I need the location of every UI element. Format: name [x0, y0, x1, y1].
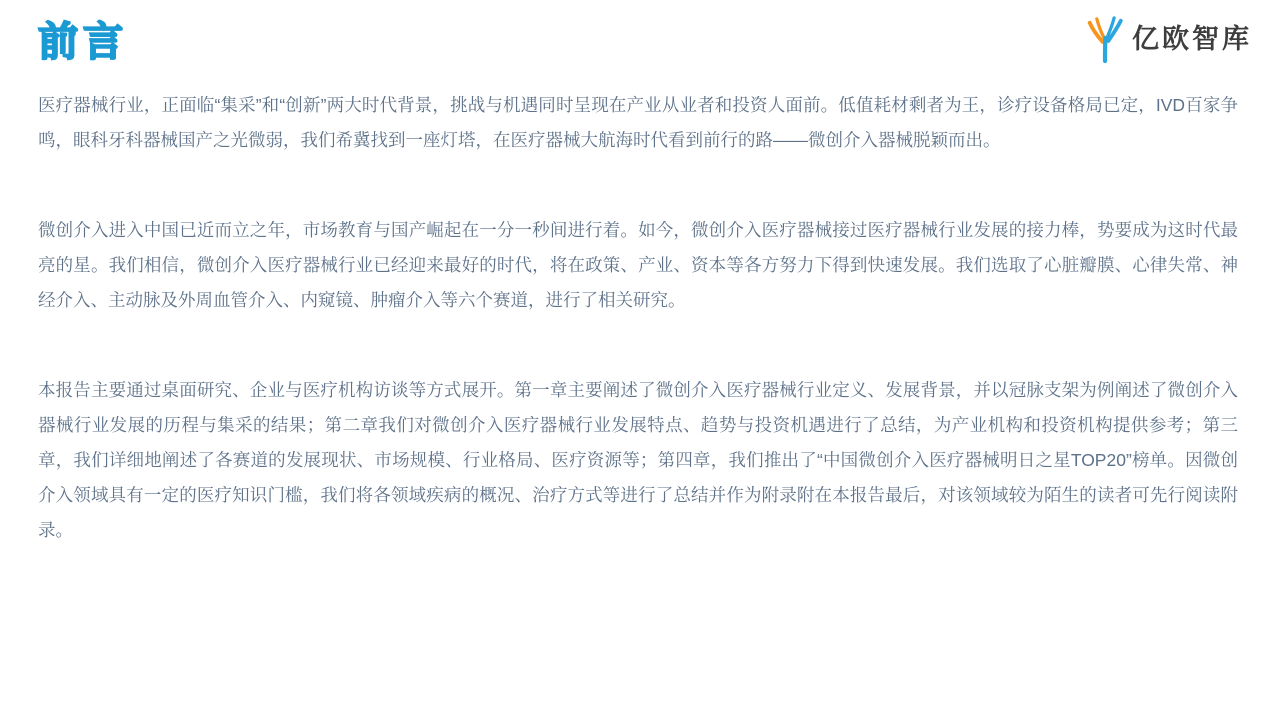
- slide-header: 前言 亿欧智库: [0, 0, 1280, 80]
- page-title: 前言: [38, 10, 128, 67]
- paragraph-3: 本报告主要通过桌面研究、企业与医疗机构访谈等方式展开。第一章主要阐述了微创介入医…: [38, 373, 1238, 548]
- company-logo: 亿欧智库: [1082, 14, 1252, 64]
- paragraph-2: 微创介入进入中国已近而立之年，市场教育与国产崛起在一分一秒间进行着。如今，微创介…: [38, 213, 1238, 318]
- preface-body: 医疗器械行业，正面临“集采”和“创新”两大时代背景，挑战与机遇同时呈现在产业从业…: [38, 88, 1238, 603]
- eo-logo-icon: [1082, 14, 1128, 64]
- slide-page: 前言 亿欧智库 医疗器械行业，正面临“集采”和“创新”两大时代背景，挑战与机遇同…: [0, 0, 1280, 720]
- paragraph-1: 医疗器械行业，正面临“集采”和“创新”两大时代背景，挑战与机遇同时呈现在产业从业…: [38, 88, 1238, 158]
- logo-wordmark: 亿欧智库: [1132, 26, 1252, 53]
